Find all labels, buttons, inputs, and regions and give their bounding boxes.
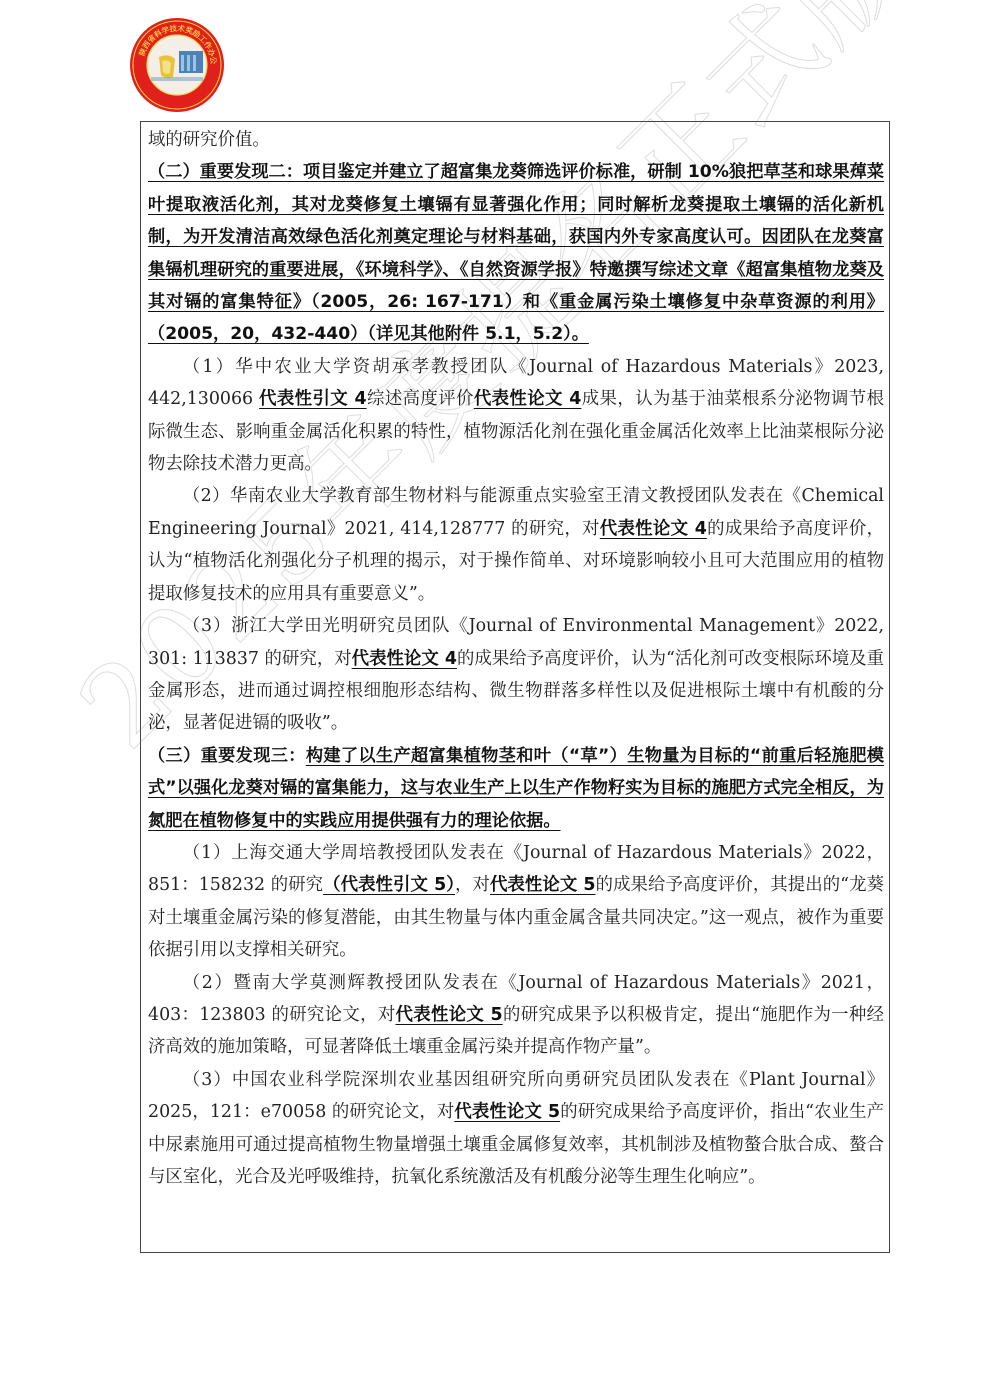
finding2-heading: （二）重要发现二：项目鉴定并建立了超富集龙葵筛选评价标准，研制 10%狼把草茎和… xyxy=(148,156,884,350)
ref-paper-4: 代表性论文 4 xyxy=(352,649,457,669)
finding2-text: 项目鉴定并建立了超富集龙葵筛选评价标准，研制 10%狼把草茎和球果蔊菜叶提取液活… xyxy=(148,162,884,344)
finding3-citation-1: （1）上海交通大学周培教授团队发表在《Journal of Hazardous … xyxy=(148,837,884,967)
seal-logo: 陕西省科学技术奖励工作办公室 xyxy=(129,17,225,113)
finding3-citation-2: （2）暨南大学莫测辉教授团队发表在《Journal of Hazardous M… xyxy=(148,967,884,1064)
finding2-label: （二）重要发现二： xyxy=(148,162,303,182)
finding2-citation-1: （1）华中农业大学资胡承孝教授团队《Journal of Hazardous M… xyxy=(148,351,884,481)
ref-citation-4: 代表性引文 4 xyxy=(259,389,367,409)
ref-paper-4: 代表性论文 4 xyxy=(474,389,582,409)
intro-tail: 域的研究价值。 xyxy=(148,124,884,156)
citation-text: ，对 xyxy=(455,875,490,895)
citation-text: 综述高度评价 xyxy=(367,389,474,409)
ref-citation-5: （代表性引文 5） xyxy=(323,875,455,895)
ref-paper-4: 代表性论文 4 xyxy=(600,519,707,539)
document-body: 域的研究价值。 （二）重要发现二：项目鉴定并建立了超富集龙葵筛选评价标准，研制 … xyxy=(148,124,884,1193)
ref-paper-5: 代表性论文 5 xyxy=(490,875,596,895)
finding3-citation-3: （3）中国农业科学院深圳农业基因组研究所向勇研究员团队发表在《Plant Jou… xyxy=(148,1064,884,1194)
ref-paper-5: 代表性论文 5 xyxy=(396,1005,503,1025)
seal-logo-icon: 陕西省科学技术奖励工作办公室 xyxy=(129,17,225,113)
finding3-label: （三）重要发现三： xyxy=(148,746,306,766)
ref-paper-5: 代表性论文 5 xyxy=(454,1102,560,1122)
finding2-citation-3: （3）浙江大学田光明研究员团队《Journal of Environmental… xyxy=(148,610,884,740)
finding3-heading: （三）重要发现三：构建了以生产超富集植物茎和叶（“草”）生物量为目标的“前重后轻… xyxy=(148,740,884,837)
finding2-citation-2: （2）华南农业大学教育部生物材料与能源重点实验室王清文教授团队发表在《Chemi… xyxy=(148,480,884,610)
